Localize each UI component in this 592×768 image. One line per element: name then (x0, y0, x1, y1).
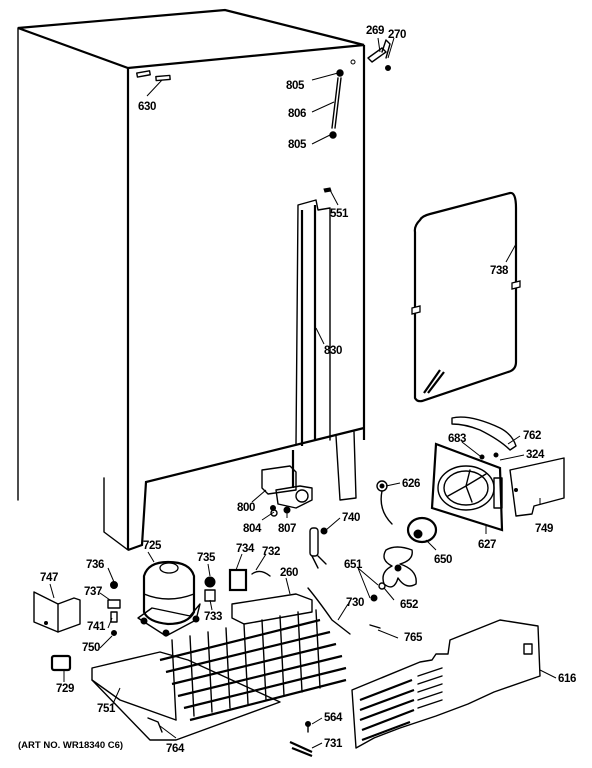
label-751: 751 (97, 703, 116, 715)
label-737: 737 (84, 586, 102, 598)
label-805-top: 805 (286, 80, 305, 92)
label-650: 650 (434, 554, 452, 566)
capacitor-740 (310, 528, 327, 568)
cabinet (18, 10, 364, 550)
label-805-bottom: 805 (288, 139, 307, 151)
label-324: 324 (526, 449, 545, 461)
label-800: 800 (237, 502, 255, 514)
label-804: 804 (243, 523, 262, 535)
label-731: 731 (324, 738, 343, 750)
label-738: 738 (490, 265, 509, 277)
overload-734 (230, 570, 270, 590)
label-551: 551 (330, 208, 349, 220)
fan-bracket-627 (432, 444, 502, 530)
compressor-725 (138, 562, 200, 636)
label-564: 564 (324, 712, 343, 724)
label-626: 626 (402, 478, 420, 490)
label-750: 750 (82, 642, 100, 654)
label-269: 269 (366, 25, 384, 37)
label-735: 735 (197, 552, 216, 564)
label-270: 270 (388, 29, 406, 41)
tube-806 (324, 70, 343, 192)
label-651: 651 (344, 559, 363, 571)
label-683: 683 (448, 433, 466, 445)
fan-blade-651 (371, 547, 416, 601)
cover-749 (510, 458, 564, 516)
heater-loop-738 (412, 193, 520, 401)
label-741: 741 (87, 621, 106, 633)
label-627: 627 (478, 539, 496, 551)
condenser-coils-730 (160, 610, 346, 720)
art-number: (ART NO. WR18340 C6) (18, 740, 123, 751)
fan-motor-650 (408, 518, 436, 542)
parts-diagram: 630 269 270 805 806 805 551 738 830 683 … (0, 0, 592, 768)
label-807: 807 (278, 523, 296, 535)
label-733: 733 (204, 611, 222, 623)
toe-grille-616 (352, 620, 540, 748)
label-260: 260 (280, 567, 298, 579)
label-830: 830 (324, 345, 342, 357)
label-616: 616 (558, 673, 576, 685)
label-749: 749 (535, 523, 553, 535)
label-729: 729 (56, 683, 74, 695)
label-765: 765 (404, 632, 423, 644)
label-734: 734 (236, 543, 255, 555)
thermistor-626 (377, 481, 392, 524)
label-762: 762 (523, 430, 541, 442)
label-730: 730 (346, 597, 364, 609)
label-747: 747 (40, 572, 58, 584)
label-740: 740 (342, 512, 360, 524)
tube-channel-830 (296, 200, 330, 446)
label-736: 736 (86, 559, 104, 571)
label-732: 732 (262, 546, 280, 558)
bracket-747 (34, 592, 80, 632)
label-630: 630 (138, 101, 156, 113)
label-806: 806 (288, 108, 306, 120)
label-652: 652 (400, 599, 418, 611)
label-764: 764 (166, 743, 185, 755)
water-valve-800 (262, 450, 312, 516)
label-725: 725 (143, 540, 162, 552)
relay-729 (52, 656, 70, 670)
